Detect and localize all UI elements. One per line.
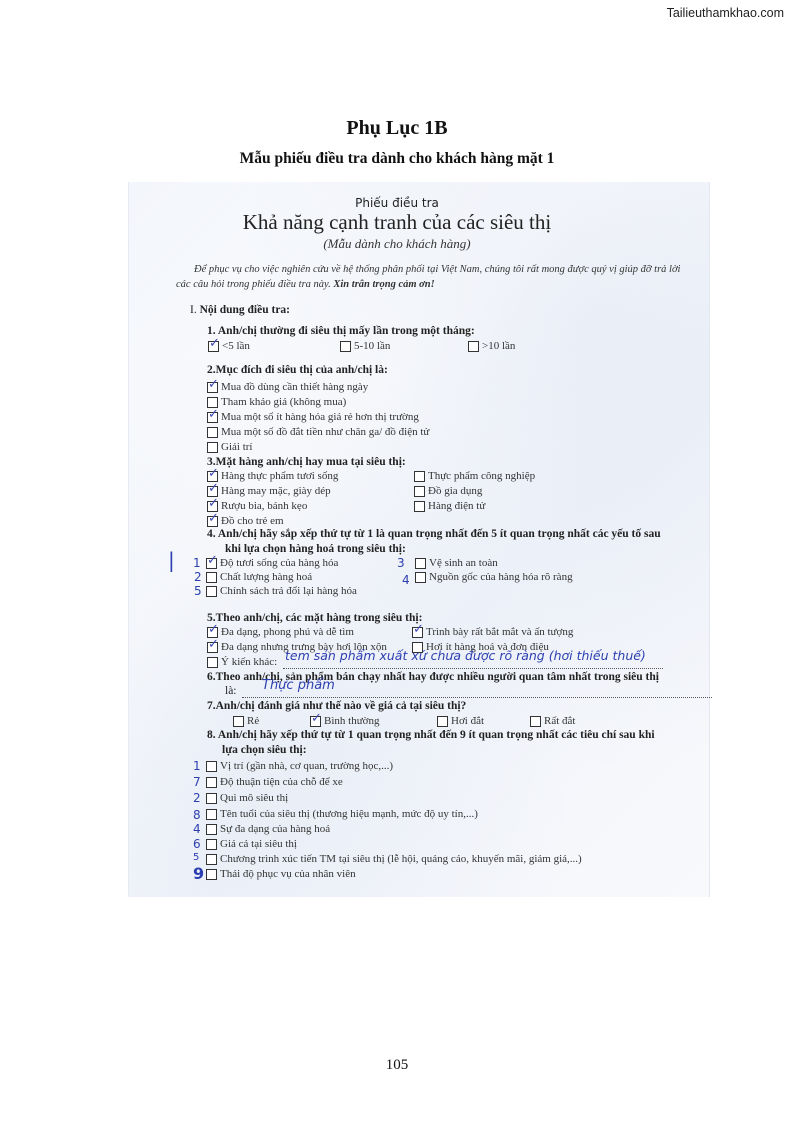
checkbox[interactable] xyxy=(207,412,218,423)
option-label: Bình thường xyxy=(324,715,379,727)
checkbox[interactable] xyxy=(207,382,218,393)
checkbox[interactable] xyxy=(206,558,217,569)
option-label: Rượu bia, bánh kẹo xyxy=(221,500,307,512)
q7-option[interactable]: Bình thường xyxy=(310,715,379,727)
watermark: Tailieuthamkhao.com xyxy=(667,6,784,20)
rank-mark: 9 xyxy=(193,864,204,883)
q1-option[interactable]: 5-10 lần xyxy=(340,340,390,352)
checkbox[interactable] xyxy=(206,761,217,772)
checkbox[interactable] xyxy=(206,824,217,835)
option-label: Hàng may mặc, giày dép xyxy=(221,485,331,497)
form-intro: Để phục vụ cho việc nghiên cứu về hệ thố… xyxy=(176,262,696,292)
q4-option[interactable]: Vệ sinh an toàn xyxy=(415,557,498,569)
question-8-cont: lựa chọn siêu thị: xyxy=(222,744,307,756)
option-label: Hơi đắt xyxy=(451,715,484,727)
option-label: Hàng thực phẩm tươi sống xyxy=(221,470,338,482)
option-label: Chính sách trả đổi lại hàng hóa xyxy=(220,585,357,597)
option-label: Chất lượng hàng hoá xyxy=(220,571,312,583)
checkbox[interactable] xyxy=(206,777,217,788)
rank-mark: 2 xyxy=(193,791,201,805)
option-label: 5-10 lần xyxy=(354,340,390,352)
option-label: Đồ cho trẻ em xyxy=(221,515,284,527)
checkbox[interactable] xyxy=(207,427,218,438)
checkbox[interactable] xyxy=(310,716,321,727)
checkbox[interactable] xyxy=(414,471,425,482)
rank-mark: 5 xyxy=(194,584,202,598)
section-prefix: I. xyxy=(190,304,197,316)
checkbox[interactable] xyxy=(206,839,217,850)
intro-thanks: Xin trân trọng cảm ơn! xyxy=(333,279,434,290)
option-label: Vị trí (gần nhà, cơ quan, trường học,...… xyxy=(220,760,393,772)
option-label: Đa dạng, phong phú và dễ tìm xyxy=(221,626,354,638)
checkbox[interactable] xyxy=(206,869,217,880)
checkbox[interactable] xyxy=(340,341,351,352)
checkbox[interactable] xyxy=(207,516,218,527)
option-label: Sự đa dạng của hàng hoá xyxy=(220,823,330,835)
checkbox[interactable] xyxy=(206,793,217,804)
checkbox[interactable] xyxy=(208,341,219,352)
checkbox[interactable] xyxy=(206,586,217,597)
option-label: Mua một số đồ đắt tiền như chăn ga/ đồ đ… xyxy=(221,426,429,438)
q2-option[interactable]: Tham khảo giá (không mua) xyxy=(207,396,346,408)
checkbox[interactable] xyxy=(412,627,423,638)
question-4-cont: khi lựa chọn hàng hoá trong siêu thị: xyxy=(225,543,406,555)
question-5: 5.Theo anh/chị, các mặt hàng trong siêu … xyxy=(207,612,422,624)
option-label: Trình bày rất bắt mắt và ấn tượng xyxy=(426,626,573,638)
rank-mark: 1 xyxy=(193,556,201,570)
q5-other-answer[interactable]: tem sản phẩm xuất xứ chưa được rõ ràng (… xyxy=(285,648,646,663)
rank-mark: 3 xyxy=(397,556,405,570)
section-heading: I. Nội dung điều tra: xyxy=(190,304,290,316)
q8-option[interactable]: Qui mô siêu thị xyxy=(206,792,288,804)
q4-option[interactable]: Nguồn gốc của hàng hóa rõ ràng xyxy=(415,571,573,583)
option-label: Độ tươi sống của hàng hóa xyxy=(220,557,338,569)
option-label: Nguồn gốc của hàng hóa rõ ràng xyxy=(429,571,573,583)
rank-mark: 1 xyxy=(193,759,201,773)
rank-mark: 7 xyxy=(193,775,201,789)
q8-option[interactable]: Vị trí (gần nhà, cơ quan, trường học,...… xyxy=(206,760,393,772)
form-title: Khả năng cạnh tranh của các siêu thị xyxy=(0,210,794,235)
checkbox[interactable] xyxy=(437,716,448,727)
question-2: 2.Mục đích đi siêu thị của anh/chị là: xyxy=(207,364,388,376)
option-label: Chương trình xúc tiến TM tại siêu thị (l… xyxy=(220,853,582,865)
checkbox[interactable] xyxy=(206,572,217,583)
q3-option[interactable]: Thực phẩm công nghiệp xyxy=(414,470,535,482)
option-label: Ý kiến khác: xyxy=(221,656,277,668)
rank-mark: 8 xyxy=(193,808,201,822)
checkbox[interactable] xyxy=(468,341,479,352)
checkbox[interactable] xyxy=(415,558,426,569)
option-label: Qui mô siêu thị xyxy=(220,792,288,804)
q3-option[interactable]: Hàng điện tử xyxy=(414,500,485,512)
q4-option[interactable]: Chính sách trả đổi lại hàng hóa xyxy=(206,585,357,597)
question-4: 4. Anh/chị hãy sắp xếp thứ tự từ 1 là qu… xyxy=(207,528,661,540)
q8-option[interactable]: Sự đa dạng của hàng hoá xyxy=(206,823,330,835)
checkbox[interactable] xyxy=(414,501,425,512)
rank-mark: 4 xyxy=(193,822,201,836)
option-label: Vệ sinh an toàn xyxy=(429,557,498,569)
option-label: Mua một số ít hàng hóa giá rẻ hơn thị tr… xyxy=(221,411,419,423)
option-label: <5 lần xyxy=(222,340,250,352)
section-heading-text: Nội dung điều tra: xyxy=(200,304,290,316)
option-label: Tên tuổi của siêu thị (thương hiệu mạnh,… xyxy=(220,808,478,820)
page-subtitle: Mẫu phiếu điều tra dành cho khách hàng m… xyxy=(0,150,794,168)
option-label: Hàng điện tử xyxy=(428,500,485,512)
checkbox[interactable] xyxy=(233,716,244,727)
option-label: >10 lần xyxy=(482,340,515,352)
q2-option[interactable]: Mua một số đồ đắt tiền như chăn ga/ đồ đ… xyxy=(207,426,429,438)
option-label: Đồ gia dụng xyxy=(428,485,482,497)
q4-option[interactable]: Chất lượng hàng hoá xyxy=(206,571,312,583)
q2-option[interactable]: Mua một số ít hàng hóa giá rẻ hơn thị tr… xyxy=(207,411,419,423)
checkbox[interactable] xyxy=(206,854,217,865)
question-3: 3.Mặt hàng anh/chị hay mua tại siêu thị: xyxy=(207,456,406,468)
q7-option[interactable]: Rất đắt xyxy=(530,715,575,727)
option-label: Thực phẩm công nghiệp xyxy=(428,470,535,482)
q1-option[interactable]: <5 lần xyxy=(208,340,250,352)
q5-option-other[interactable]: Ý kiến khác: xyxy=(207,656,277,668)
option-label: Giải trí xyxy=(221,441,252,453)
page-title: Phụ Lục 1B xyxy=(0,117,794,140)
option-label: Độ thuận tiện của chỗ để xe xyxy=(220,776,343,788)
form-label: Phiếu điều tra xyxy=(0,196,794,210)
checkbox[interactable] xyxy=(414,486,425,497)
q3-option[interactable]: Hàng thực phẩm tươi sống xyxy=(207,470,338,482)
checkbox[interactable] xyxy=(207,442,218,453)
q5-option[interactable]: Đa dạng, phong phú và dễ tìm xyxy=(207,626,354,638)
q5-option[interactable]: Trình bày rất bắt mắt và ấn tượng xyxy=(412,626,573,638)
rank-mark: 5 xyxy=(193,852,199,863)
option-label: Mua đồ dùng cần thiết hàng ngày xyxy=(221,381,368,393)
checkbox[interactable] xyxy=(530,716,541,727)
q8-option[interactable]: Chương trình xúc tiến TM tại siêu thị (l… xyxy=(206,853,582,865)
rank-mark: 2 xyxy=(194,570,202,584)
rank-mark: 6 xyxy=(193,837,201,851)
answer-line xyxy=(242,697,712,698)
q7-option[interactable]: Rẻ xyxy=(233,715,259,727)
q3-option[interactable]: Rượu bia, bánh kẹo xyxy=(207,500,307,512)
q3-option[interactable]: Hàng may mặc, giày dép xyxy=(207,485,331,497)
option-label: Rất đắt xyxy=(544,715,575,727)
q3-option[interactable]: Đồ gia dụng xyxy=(414,485,482,497)
checkbox[interactable] xyxy=(207,642,218,653)
answer-line xyxy=(283,668,663,669)
q3-option[interactable]: Đồ cho trẻ em xyxy=(207,515,284,527)
q8-option[interactable]: Giá cả tại siêu thị xyxy=(206,838,297,850)
q7-option[interactable]: Hơi đắt xyxy=(437,715,484,727)
checkbox[interactable] xyxy=(207,657,218,668)
hand-mark: | xyxy=(168,548,175,572)
q1-option[interactable]: >10 lần xyxy=(468,340,515,352)
question-1: 1. Anh/chị thường đi siêu thị mấy lần tr… xyxy=(207,325,475,337)
option-label: Giá cả tại siêu thị xyxy=(220,838,297,850)
q6-answer[interactable]: Thực phẩm xyxy=(262,678,335,693)
option-label: Tham khảo giá (không mua) xyxy=(221,396,346,408)
q2-option[interactable]: Giải trí xyxy=(207,441,252,453)
question-6-cont: là: xyxy=(225,685,237,697)
q2-option[interactable]: Mua đồ dùng cần thiết hàng ngày xyxy=(207,381,368,393)
rank-mark: 4 xyxy=(402,573,410,587)
q8-option[interactable]: Độ thuận tiện của chỗ để xe xyxy=(206,776,343,788)
form-subtitle: (Mẫu dành cho khách hàng) xyxy=(0,236,794,252)
q4-option[interactable]: Độ tươi sống của hàng hóa xyxy=(206,557,338,569)
option-label: Rẻ xyxy=(247,715,259,727)
checkbox[interactable] xyxy=(206,809,217,820)
page-number: 105 xyxy=(0,1057,794,1074)
q8-option[interactable]: Thái độ phục vụ của nhân viên xyxy=(206,868,356,880)
option-label: Thái độ phục vụ của nhân viên xyxy=(220,868,356,880)
q8-option[interactable]: Tên tuổi của siêu thị (thương hiệu mạnh,… xyxy=(206,808,478,820)
checkbox[interactable] xyxy=(415,572,426,583)
question-7: 7.Anh/chị đánh giá như thế nào về giá cả… xyxy=(207,700,466,712)
question-8: 8. Anh/chị hãy xếp thứ tự từ 1 quan trọn… xyxy=(207,729,655,741)
